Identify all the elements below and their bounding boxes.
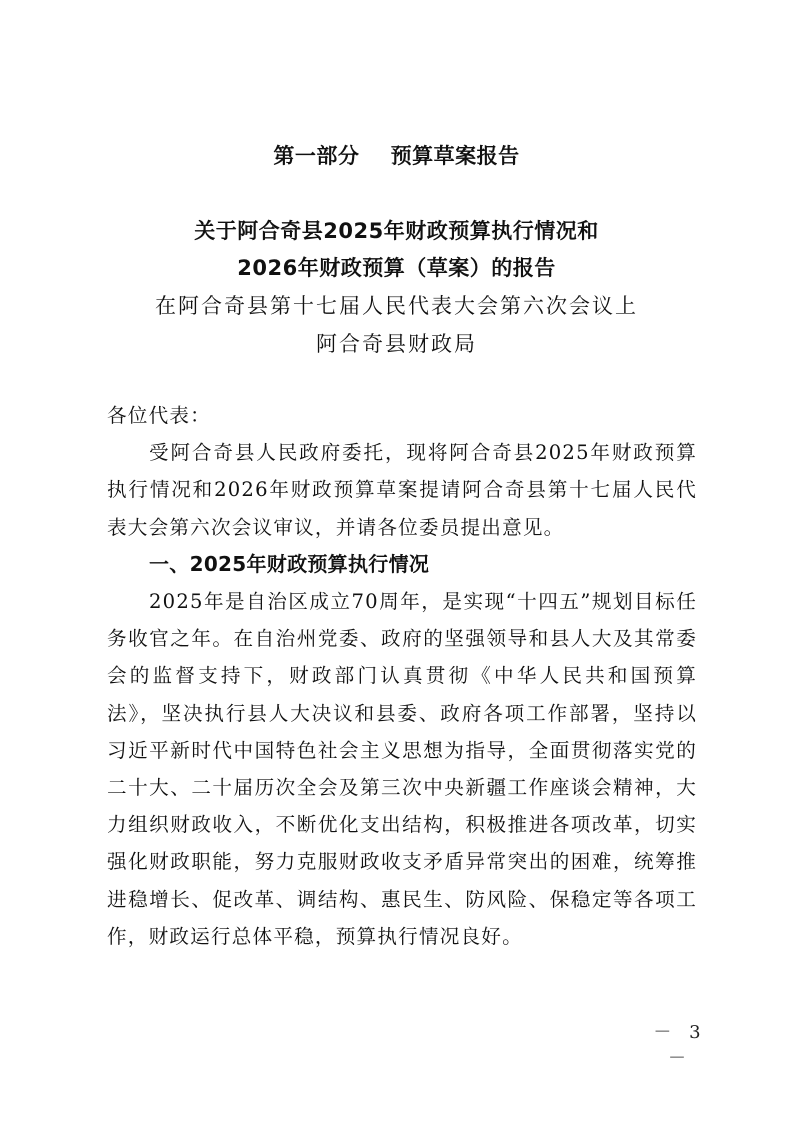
section-paragraph: 2025年是自治区成立70周年，是实现“十四五”规划目标任务收官之年。在自治州党…	[107, 583, 697, 955]
part-title: 第一部分 预算草案报告	[0, 140, 793, 170]
report-title-line-2: 2026年财政预算（草案）的报告	[0, 250, 793, 287]
report-title-line-1: 关于阿合奇县2025年财政预算执行情况和	[0, 213, 793, 250]
page-number: － 3 －	[640, 1018, 720, 1070]
document-body: 各位代表： 受阿合奇县人民政府委托，现将阿合奇县2025年财政预算执行情况和20…	[107, 397, 697, 955]
meeting-subtitle: 在阿合奇县第十七届人民代表大会第六次会议上	[0, 287, 793, 325]
salutation: 各位代表：	[107, 397, 697, 434]
intro-paragraph: 受阿合奇县人民政府委托，现将阿合奇县2025年财政预算执行情况和2026年财政预…	[107, 434, 697, 546]
section-heading: 一、2025年财政预算执行情况	[107, 546, 697, 583]
report-title-block: 关于阿合奇县2025年财政预算执行情况和 2026年财政预算（草案）的报告 在阿…	[0, 213, 793, 363]
document-page: 第一部分 预算草案报告 关于阿合奇县2025年财政预算执行情况和 2026年财政…	[0, 0, 793, 1122]
issuing-department: 阿合奇县财政局	[0, 325, 793, 363]
